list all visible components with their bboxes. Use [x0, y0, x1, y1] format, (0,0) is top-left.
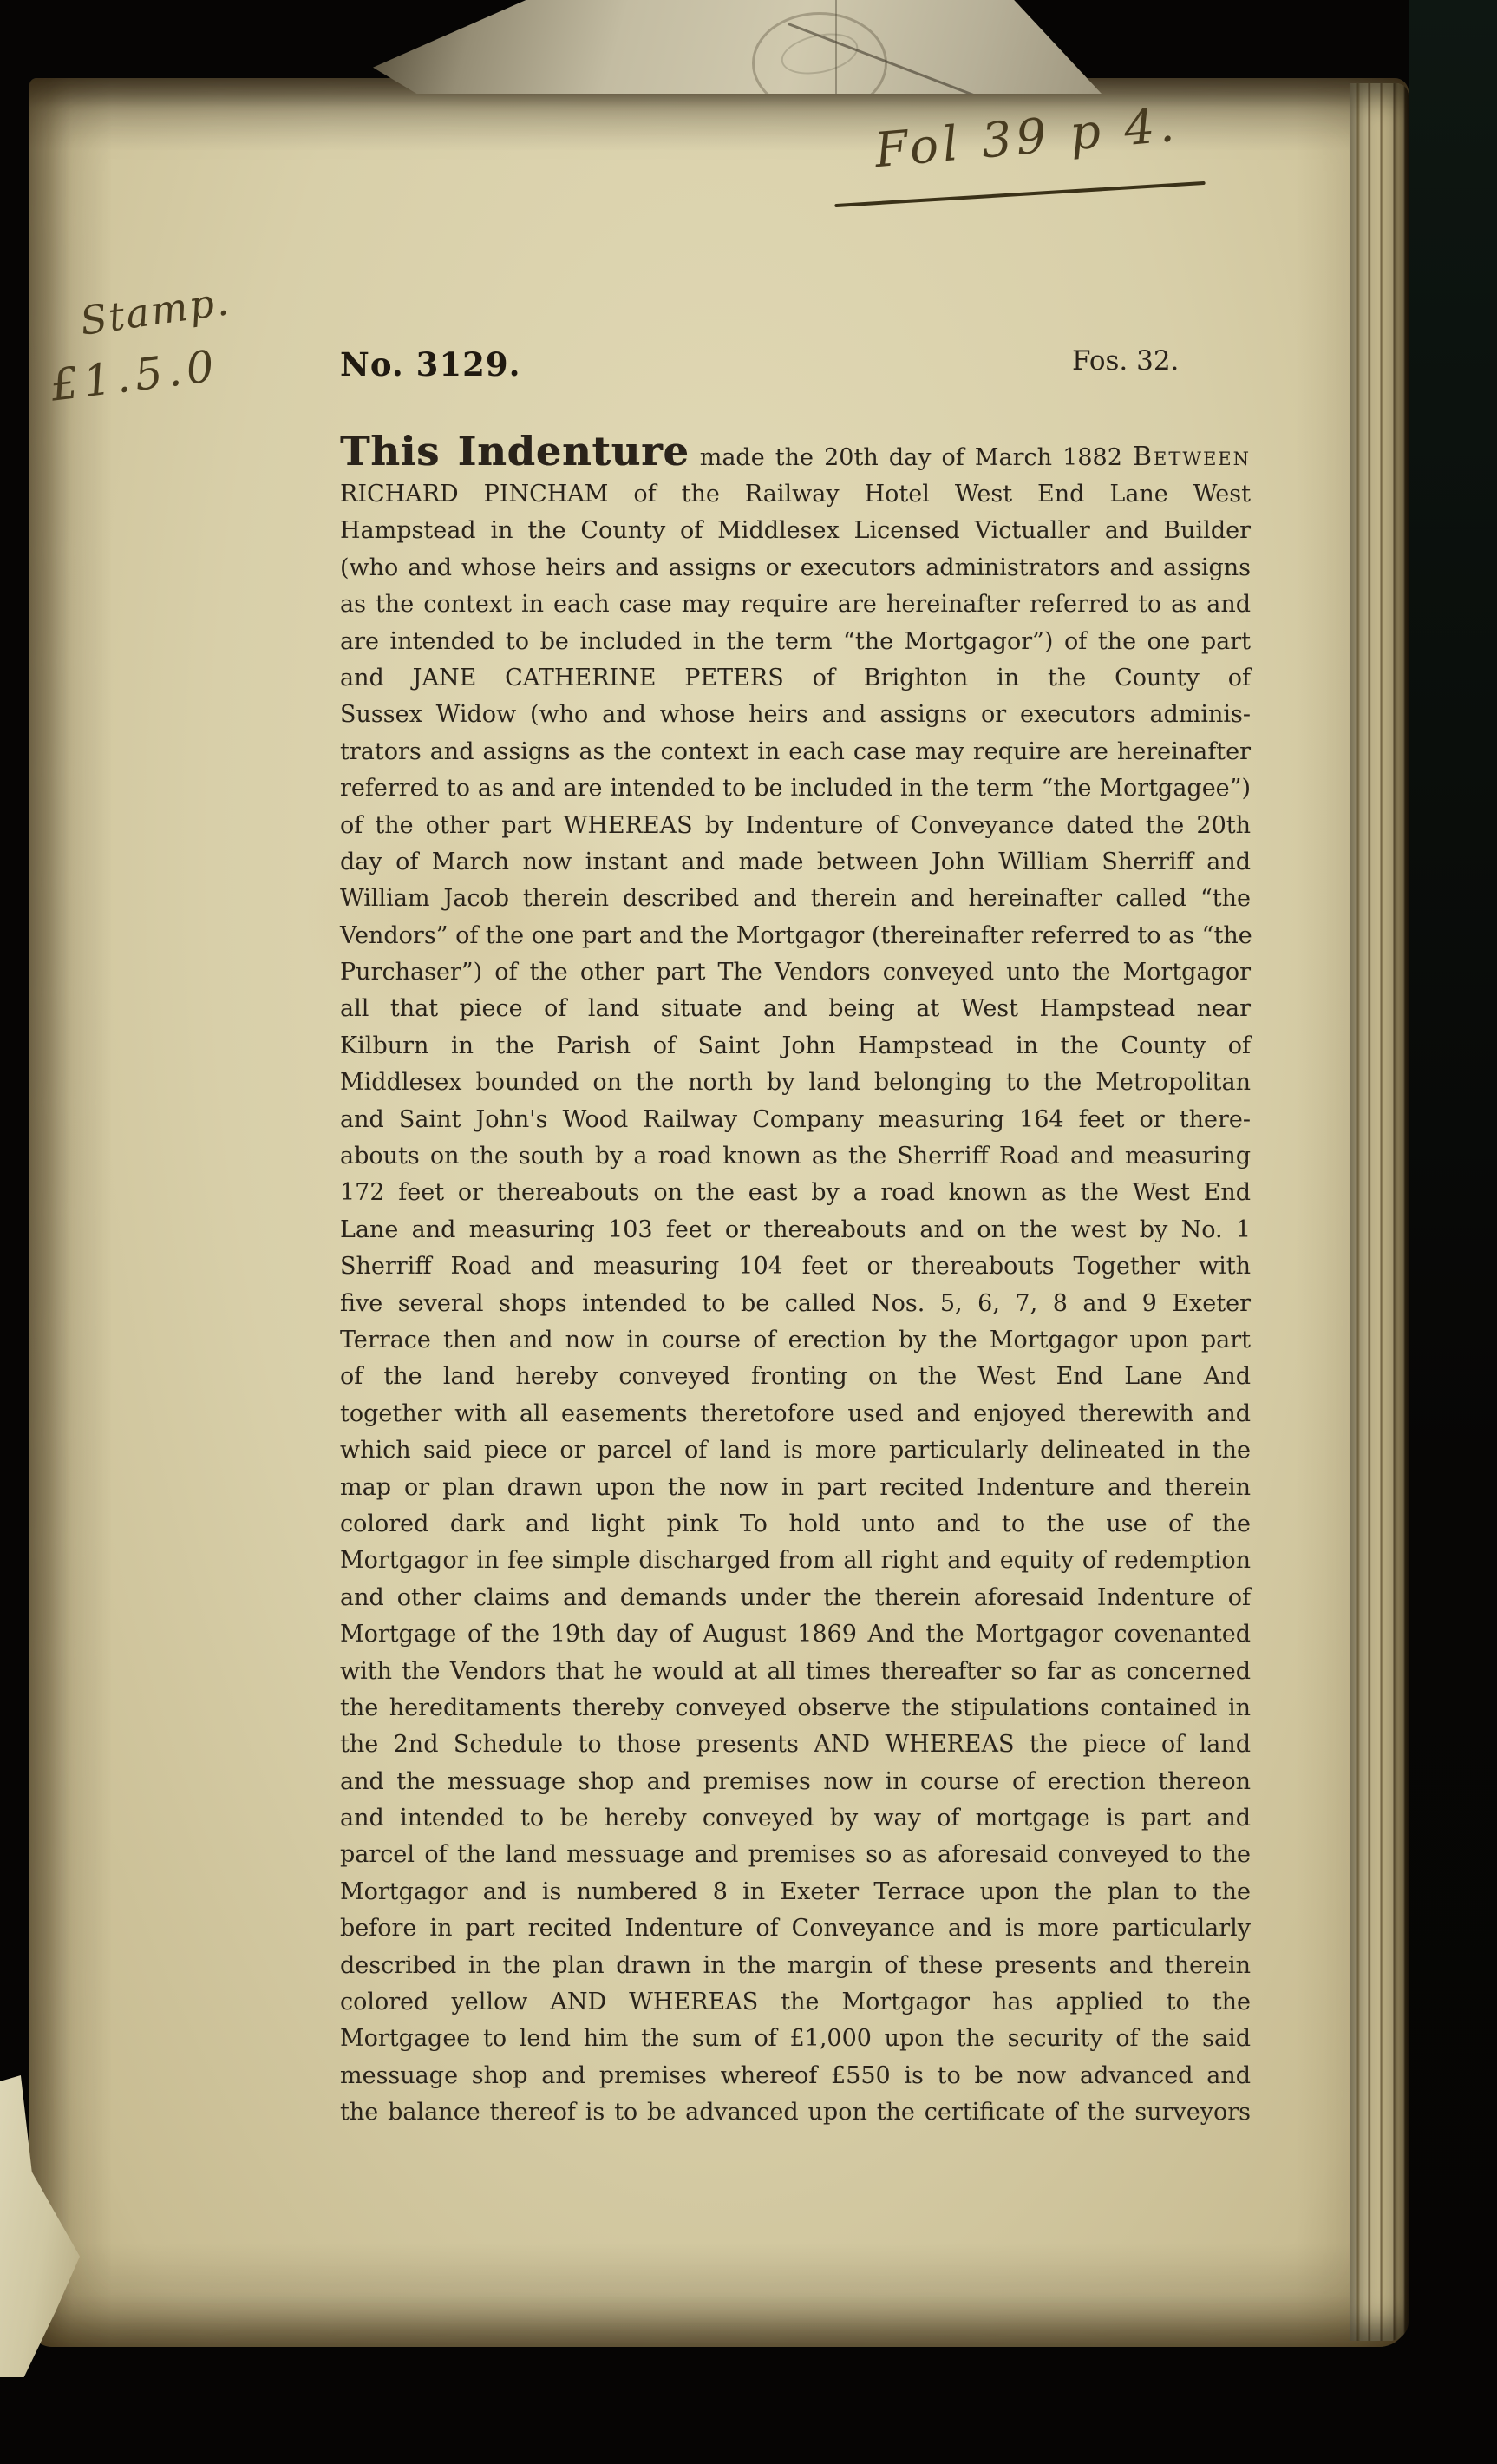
text-segment: are intended to be included in the term … [340, 628, 1251, 655]
indenture-line: Lane and measuring 103 feet or thereabou… [340, 1212, 1251, 1248]
document-number: No. 3129. [340, 345, 520, 383]
book-cover-edge [1409, 0, 1497, 2464]
text-segment: five several shops intended to be called… [340, 1290, 1251, 1317]
indenture-line: abouts on the south by a road known as t… [340, 1138, 1251, 1175]
text-segment: Middlesex bounded on the north by land b… [340, 1069, 1251, 1096]
indenture-line: the 2nd Schedule to those presents AND W… [340, 1727, 1251, 1763]
indenture-line: and the messuage shop and premises now i… [340, 1764, 1251, 1800]
text-segment: the hereditaments thereby conveyed obser… [340, 1694, 1251, 1721]
text-segment: colored dark and light pink To hold unto… [340, 1511, 1251, 1537]
indenture-line: all that piece of land situate and being… [340, 991, 1251, 1027]
text-segment: the balance thereof is to be advanced up… [340, 2099, 1251, 2126]
text-segment: 172 feet or thereabouts on the east by a… [340, 1179, 1251, 1206]
indenture-line: trators and assigns as the context in ea… [340, 734, 1251, 770]
text-segment: described in the plan drawn in the margi… [340, 1952, 1251, 1979]
indenture-line: of the other part WHEREAS by Indenture o… [340, 808, 1251, 844]
indenture-line: Vendors” of the one part and the Mortgag… [340, 918, 1251, 954]
previous-page-corner [373, 0, 1102, 94]
indenture-line: RICHARD PINCHAM of the Railway Hotel Wes… [340, 476, 1251, 513]
indenture-line: which said piece or parcel of land is mo… [340, 1432, 1251, 1469]
text-segment: parcel of the land messuage and premises… [340, 1841, 1251, 1868]
text-segment: Purchaser”) of the other part The Vendor… [340, 959, 1251, 986]
text-segment: Mortgagor in fee simple discharged from … [340, 1547, 1251, 1574]
page-fore-edge-stack [1350, 83, 1409, 2341]
text-segment: and other claims and demands under the t… [340, 1584, 1251, 1611]
text-segment: and intended to be hereby conveyed by wa… [340, 1805, 1251, 1832]
text-segment: Mortgage of the 19th day of August 1869 … [340, 1621, 1251, 1648]
indenture-line: Mortgagor and is numbered 8 in Exeter Te… [340, 1874, 1251, 1910]
indenture-line: Mortgagor in fee simple discharged from … [340, 1543, 1251, 1579]
text-segment: Sherriff Road and measuring 104 feet or … [340, 1253, 1251, 1280]
text-segment: Terrace then and now in course of erecti… [340, 1327, 1251, 1353]
indenture-line: referred to as and are intended to be in… [340, 770, 1251, 807]
text-segment: of the other part WHEREAS by Indenture o… [340, 812, 1251, 839]
bottom-page-edges [35, 2338, 1402, 2396]
text-segment: with the Vendors that he would at all ti… [340, 1658, 1251, 1685]
indenture-line: colored yellow AND WHEREAS the Mortgagor… [340, 1984, 1251, 2021]
indenture-line: map or plan drawn upon the now in part r… [340, 1470, 1251, 1506]
indenture-body-text: This Indenture made the 20th day of Marc… [340, 427, 1251, 2132]
indenture-line: of the land hereby conveyed fronting on … [340, 1359, 1251, 1395]
text-segment: William Jacob therein described and ther… [340, 885, 1251, 912]
indenture-line: with the Vendors that he would at all ti… [340, 1654, 1251, 1690]
indenture-line: colored dark and light pink To hold unto… [340, 1506, 1251, 1543]
text-segment: Mortgagee to lend him the sum of £1,000 … [340, 2025, 1251, 2052]
indenture-line: the balance thereof is to be advanced up… [340, 2094, 1251, 2131]
indenture-line: described in the plan drawn in the margi… [340, 1948, 1251, 1984]
indenture-line: William Jacob therein described and ther… [340, 881, 1251, 917]
text-segment: before in part recited Indenture of Conv… [340, 1915, 1251, 1942]
indenture-line: Hampstead in the County of Middlesex Lic… [340, 513, 1251, 549]
indenture-line: Sussex Widow (who and whose heirs and as… [340, 697, 1251, 733]
text-segment: map or plan drawn upon the now in part r… [340, 1474, 1251, 1501]
text-segment: of the land hereby conveyed fronting on … [340, 1363, 1251, 1390]
text-segment: referred to as and are intended to be in… [340, 775, 1251, 802]
indenture-line: the hereditaments thereby conveyed obser… [340, 1690, 1251, 1727]
indenture-line: Terrace then and now in course of erecti… [340, 1322, 1251, 1359]
indenture-line: Kilburn in the Parish of Saint John Hamp… [340, 1028, 1251, 1065]
indenture-line: Purchaser”) of the other part The Vendor… [340, 954, 1251, 991]
indenture-line: 172 feet or thereabouts on the east by a… [340, 1175, 1251, 1211]
text-segment: which said piece or parcel of land is mo… [340, 1437, 1251, 1464]
indenture-line: Mortgagee to lend him the sum of £1,000 … [340, 2021, 1251, 2057]
text-segment: and the messuage shop and premises now i… [340, 1768, 1251, 1795]
indenture-line: and other claims and demands under the t… [340, 1580, 1251, 1616]
indenture-line: are intended to be included in the term … [340, 624, 1251, 660]
text-segment: as the context in each case may require … [340, 591, 1251, 618]
indenture-line: and intended to be hereby conveyed by wa… [340, 1800, 1251, 1837]
text-segment: Lane and measuring 103 feet or thereabou… [340, 1216, 1251, 1243]
text-segment: Kilburn in the Parish of Saint John Hamp… [340, 1032, 1251, 1059]
indenture-line: before in part recited Indenture of Conv… [340, 1910, 1251, 1947]
text-segment: Vendors” of the one part and the Mortgag… [340, 922, 1252, 949]
page-crease [835, 0, 837, 94]
indenture-line: day of March now instant and made betwee… [340, 844, 1251, 881]
text-segment: day of March now instant and made betwee… [340, 849, 1251, 875]
text-segment: Between [1133, 442, 1251, 472]
indenture-line: Mortgage of the 19th day of August 1869 … [340, 1616, 1251, 1653]
text-segment: colored yellow AND WHEREAS the Mortgagor… [340, 1989, 1251, 2015]
text-segment: trators and assigns as the context in ea… [340, 738, 1251, 765]
indenture-line: This Indenture made the 20th day of Marc… [340, 427, 1251, 476]
text-segment: Hampstead in the County of Middlesex Lic… [340, 517, 1251, 544]
indenture-line: parcel of the land messuage and premises… [340, 1837, 1251, 1873]
text-segment: Mortgagor and is numbered 8 in Exeter Te… [340, 1878, 1251, 1905]
indenture-line: as the context in each case may require … [340, 587, 1251, 623]
text-segment: and Saint John's Wood Railway Company me… [340, 1106, 1251, 1133]
indenture-line: five several shops intended to be called… [340, 1286, 1251, 1322]
indenture-line: messuage shop and premises whereof £550 … [340, 2058, 1251, 2094]
indenture-line: and JANE CATHERINE PETERS of Brighton in… [340, 660, 1251, 697]
indenture-line: Middlesex bounded on the north by land b… [340, 1065, 1251, 1101]
indenture-line: Sherriff Road and measuring 104 feet or … [340, 1248, 1251, 1285]
text-segment: messuage shop and premises whereof £550 … [340, 2062, 1251, 2089]
text-segment: the 2nd Schedule to those presents AND W… [340, 1731, 1251, 1758]
text-segment: Sussex Widow (who and whose heirs and as… [340, 701, 1251, 728]
text-segment: abouts on the south by a road known as t… [340, 1143, 1251, 1170]
text-segment: RICHARD PINCHAM of the Railway Hotel Wes… [340, 481, 1251, 508]
text-segment: (who and whose heirs and assigns or exec… [340, 554, 1251, 581]
text-segment: and JANE CATHERINE PETERS of Brighton in… [340, 665, 1251, 691]
scanned-deed-photograph: Fol 39 p 4. Stamp. £1.5.0 No. 3129. Fos.… [0, 0, 1497, 2464]
text-segment: This Indenture [340, 428, 690, 475]
text-segment: together with all easements theretofore … [340, 1400, 1251, 1427]
folio-reference: Fos. 32. [1072, 345, 1179, 377]
indenture-line: and Saint John's Wood Railway Company me… [340, 1102, 1251, 1138]
indenture-line: together with all easements theretofore … [340, 1396, 1251, 1432]
text-segment: all that piece of land situate and being… [340, 995, 1251, 1022]
indenture-line: (who and whose heirs and assigns or exec… [340, 550, 1251, 587]
text-segment: made the 20th day of March 1882 [690, 444, 1133, 471]
